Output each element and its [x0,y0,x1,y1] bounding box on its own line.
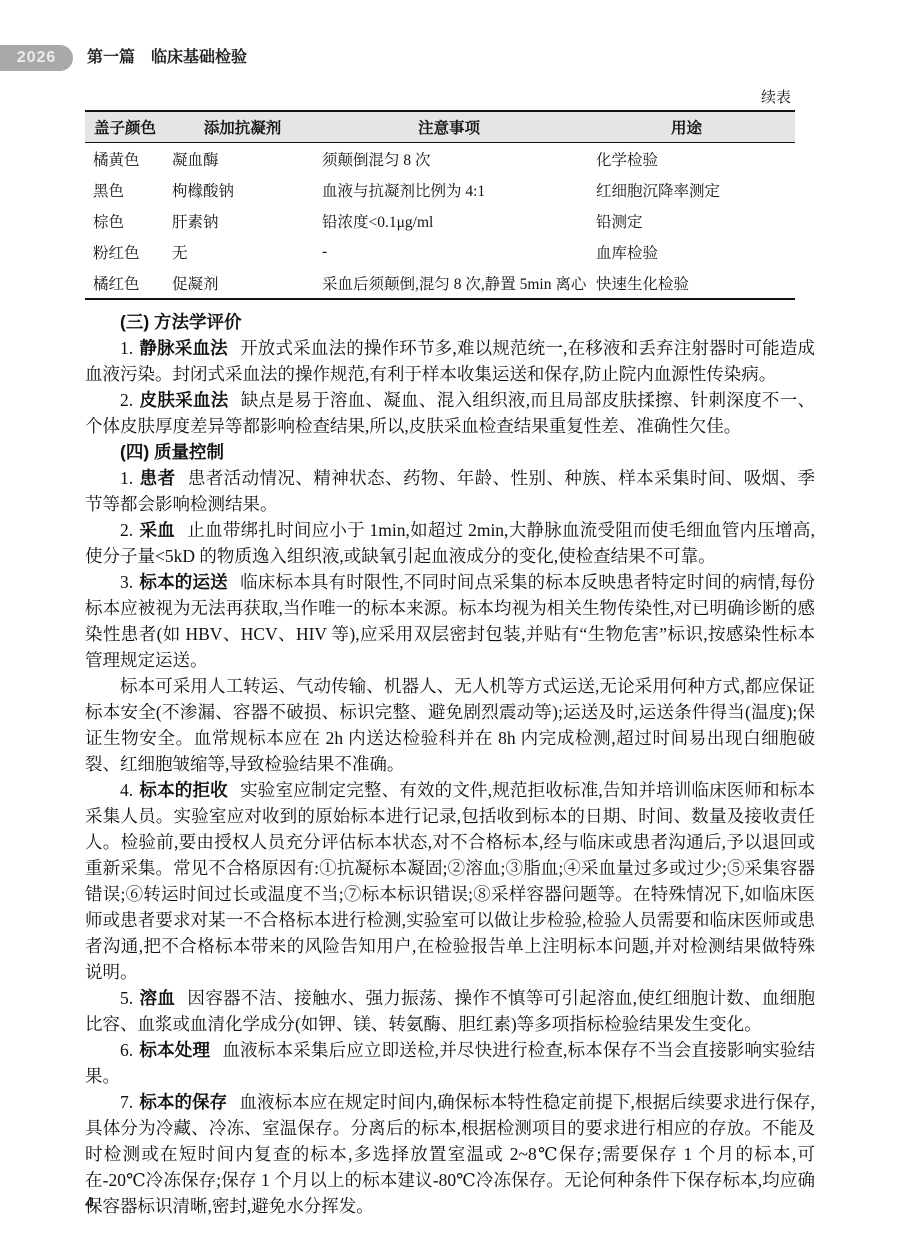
numbered-item-skin: 2.皮肤采血法缺点是易于溶血、凝血、混入组织液,而且局部皮肤揉擦、针刺深度不一、… [85,387,815,439]
table-row: 黑色 枸橼酸钠 血液与抗凝剂比例为 4:1 红细胞沉降率测定 [85,174,795,205]
item-number: 2. [120,520,133,540]
table-cell: 棕色 [85,205,165,236]
col-header-notes: 注意事项 [320,111,578,143]
section-heading-quality-control: (四) 质量控制 [85,439,815,465]
table-cell: 快速生化检验 [578,267,795,299]
item-number: 3. [120,572,133,592]
item-number: 4. [120,780,133,800]
table-cell: 化学检验 [578,143,795,175]
numbered-item-storage: 7.标本的保存血液标本应在规定时间内,确保标本特性稳定前提下,根据后续要求进行保… [85,1089,815,1219]
numbered-item-rejection: 4.标本的拒收实验室应制定完整、有效的文件,规范拒收标准,告知并培训临床医师和标… [85,777,815,985]
page-number: 4 [85,1193,93,1213]
item-term: 标本处理 [139,1040,210,1060]
table-row: 橘黄色 凝血酶 须颠倒混匀 8 次 化学检验 [85,143,795,175]
item-term: 标本的保存 [139,1092,227,1112]
table-cell: 须颠倒混匀 8 次 [320,143,578,175]
item-text: 实验室应制定完整、有效的文件,规范拒收标准,告知并培训临床医师和标本采集人员。实… [85,780,815,982]
table-cell: 铅测定 [578,205,795,236]
edition-badge: 2026 [0,45,73,71]
table-cell: 橘红色 [85,267,165,299]
part-label: 第一篇 [87,49,135,66]
table-cell: 血液与抗凝剂比例为 4:1 [320,174,578,205]
numbered-item-hemolysis: 5.溶血因容器不洁、接触水、强力振荡、操作不慎等可引起溶血,使红细胞计数、血细胞… [85,985,815,1037]
table-cell: 枸橼酸钠 [165,174,320,205]
numbered-item-transport: 3.标本的运送临床标本具有时限性,不同时间点采集的标本反映患者特定时间的病情,每… [85,569,815,673]
col-header-anticoagulant: 添加抗凝剂 [165,111,320,143]
numbered-item-handling: 6.标本处理血液标本采集后应立即送检,并尽快进行检查,标本保存不当会直接影响实验… [85,1037,815,1089]
table-cell: 红细胞沉降率测定 [578,174,795,205]
table-header-row: 盖子颜色 添加抗凝剂 注意事项 用途 [85,111,795,143]
running-head: 第一篇临床基础检验 [87,45,247,71]
part-title: 临床基础检验 [151,49,247,66]
item-number: 1. [120,338,133,358]
col-header-use: 用途 [578,111,795,143]
item-term: 患者 [139,468,175,488]
table-cell: 促凝剂 [165,267,320,299]
item-term: 静脉采血法 [139,338,228,358]
item-term: 标本的拒收 [139,780,228,800]
numbered-item-collection: 2.采血止血带绑扎时间应小于 1min,如超过 2min,大静脉血流受阻而使毛细… [85,517,815,569]
item-number: 6. [120,1040,133,1060]
table-cell: 采血后须颠倒,混匀 8 次,静置 5min 离心 [320,267,578,299]
table-cell: 铅浓度<0.1μg/ml [320,205,578,236]
item-number: 1. [120,468,133,488]
table-row: 棕色 肝素钠 铅浓度<0.1μg/ml 铅测定 [85,205,795,236]
item-term: 标本的运送 [139,572,228,592]
table-cell: 血库检验 [578,236,795,267]
table-cell: 橘黄色 [85,143,165,175]
table-row: 橘红色 促凝剂 采血后须颠倒,混匀 8 次,静置 5min 离心 快速生化检验 [85,267,795,299]
page-body: (三) 方法学评价 1.静脉采血法开放式采血法的操作环节多,难以规范统一,在移液… [85,309,815,1219]
numbered-item-venous: 1.静脉采血法开放式采血法的操作环节多,难以规范统一,在移液和丢弃注射器时可能造… [85,335,815,387]
table-cell: 黑色 [85,174,165,205]
item-text: 因容器不洁、接触水、强力振荡、操作不慎等可引起溶血,使红细胞计数、血细胞比容、血… [85,988,815,1034]
table-row: 粉红色 无 - 血库检验 [85,236,795,267]
item-term: 采血 [139,520,175,540]
item-term: 皮肤采血法 [139,390,228,410]
item-term: 溶血 [139,988,175,1008]
table-cell: 无 [165,236,320,267]
section-heading-methodology: (三) 方法学评价 [85,309,815,335]
table-cell: - [320,236,578,267]
table-cell: 粉红色 [85,236,165,267]
table-continued-label: 续表 [85,88,795,110]
numbered-item-patient: 1.患者患者活动情况、精神状态、药物、年龄、性别、种族、样本采集时间、吸烟、季节… [85,465,815,517]
item-number: 5. [120,988,133,1008]
item-text: 止血带绑扎时间应小于 1min,如超过 2min,大静脉血流受阻而使毛细血管内压… [85,520,815,566]
book-page: 2026 第一篇临床基础检验 续表 盖子颜色 添加抗凝剂 注意事项 用途 橘黄色 [0,0,900,1245]
tube-table: 盖子颜色 添加抗凝剂 注意事项 用途 橘黄色 凝血酶 须颠倒混匀 8 次 化学检… [85,110,795,300]
item-number: 2. [120,390,133,410]
table-cell: 肝素钠 [165,205,320,236]
paragraph-transport-modes: 标本可采用人工转运、气动传输、机器人、无人机等方式运送,无论采用何种方式,都应保… [85,673,815,777]
item-text: 患者活动情况、精神状态、药物、年龄、性别、种族、样本采集时间、吸烟、季节等都会影… [85,468,815,514]
tube-table-block: 续表 盖子颜色 添加抗凝剂 注意事项 用途 橘黄色 凝血酶 须颠倒混匀 8 次 [85,88,795,300]
col-header-cap-color: 盖子颜色 [85,111,165,143]
item-number: 7. [120,1092,133,1112]
table-cell: 凝血酶 [165,143,320,175]
